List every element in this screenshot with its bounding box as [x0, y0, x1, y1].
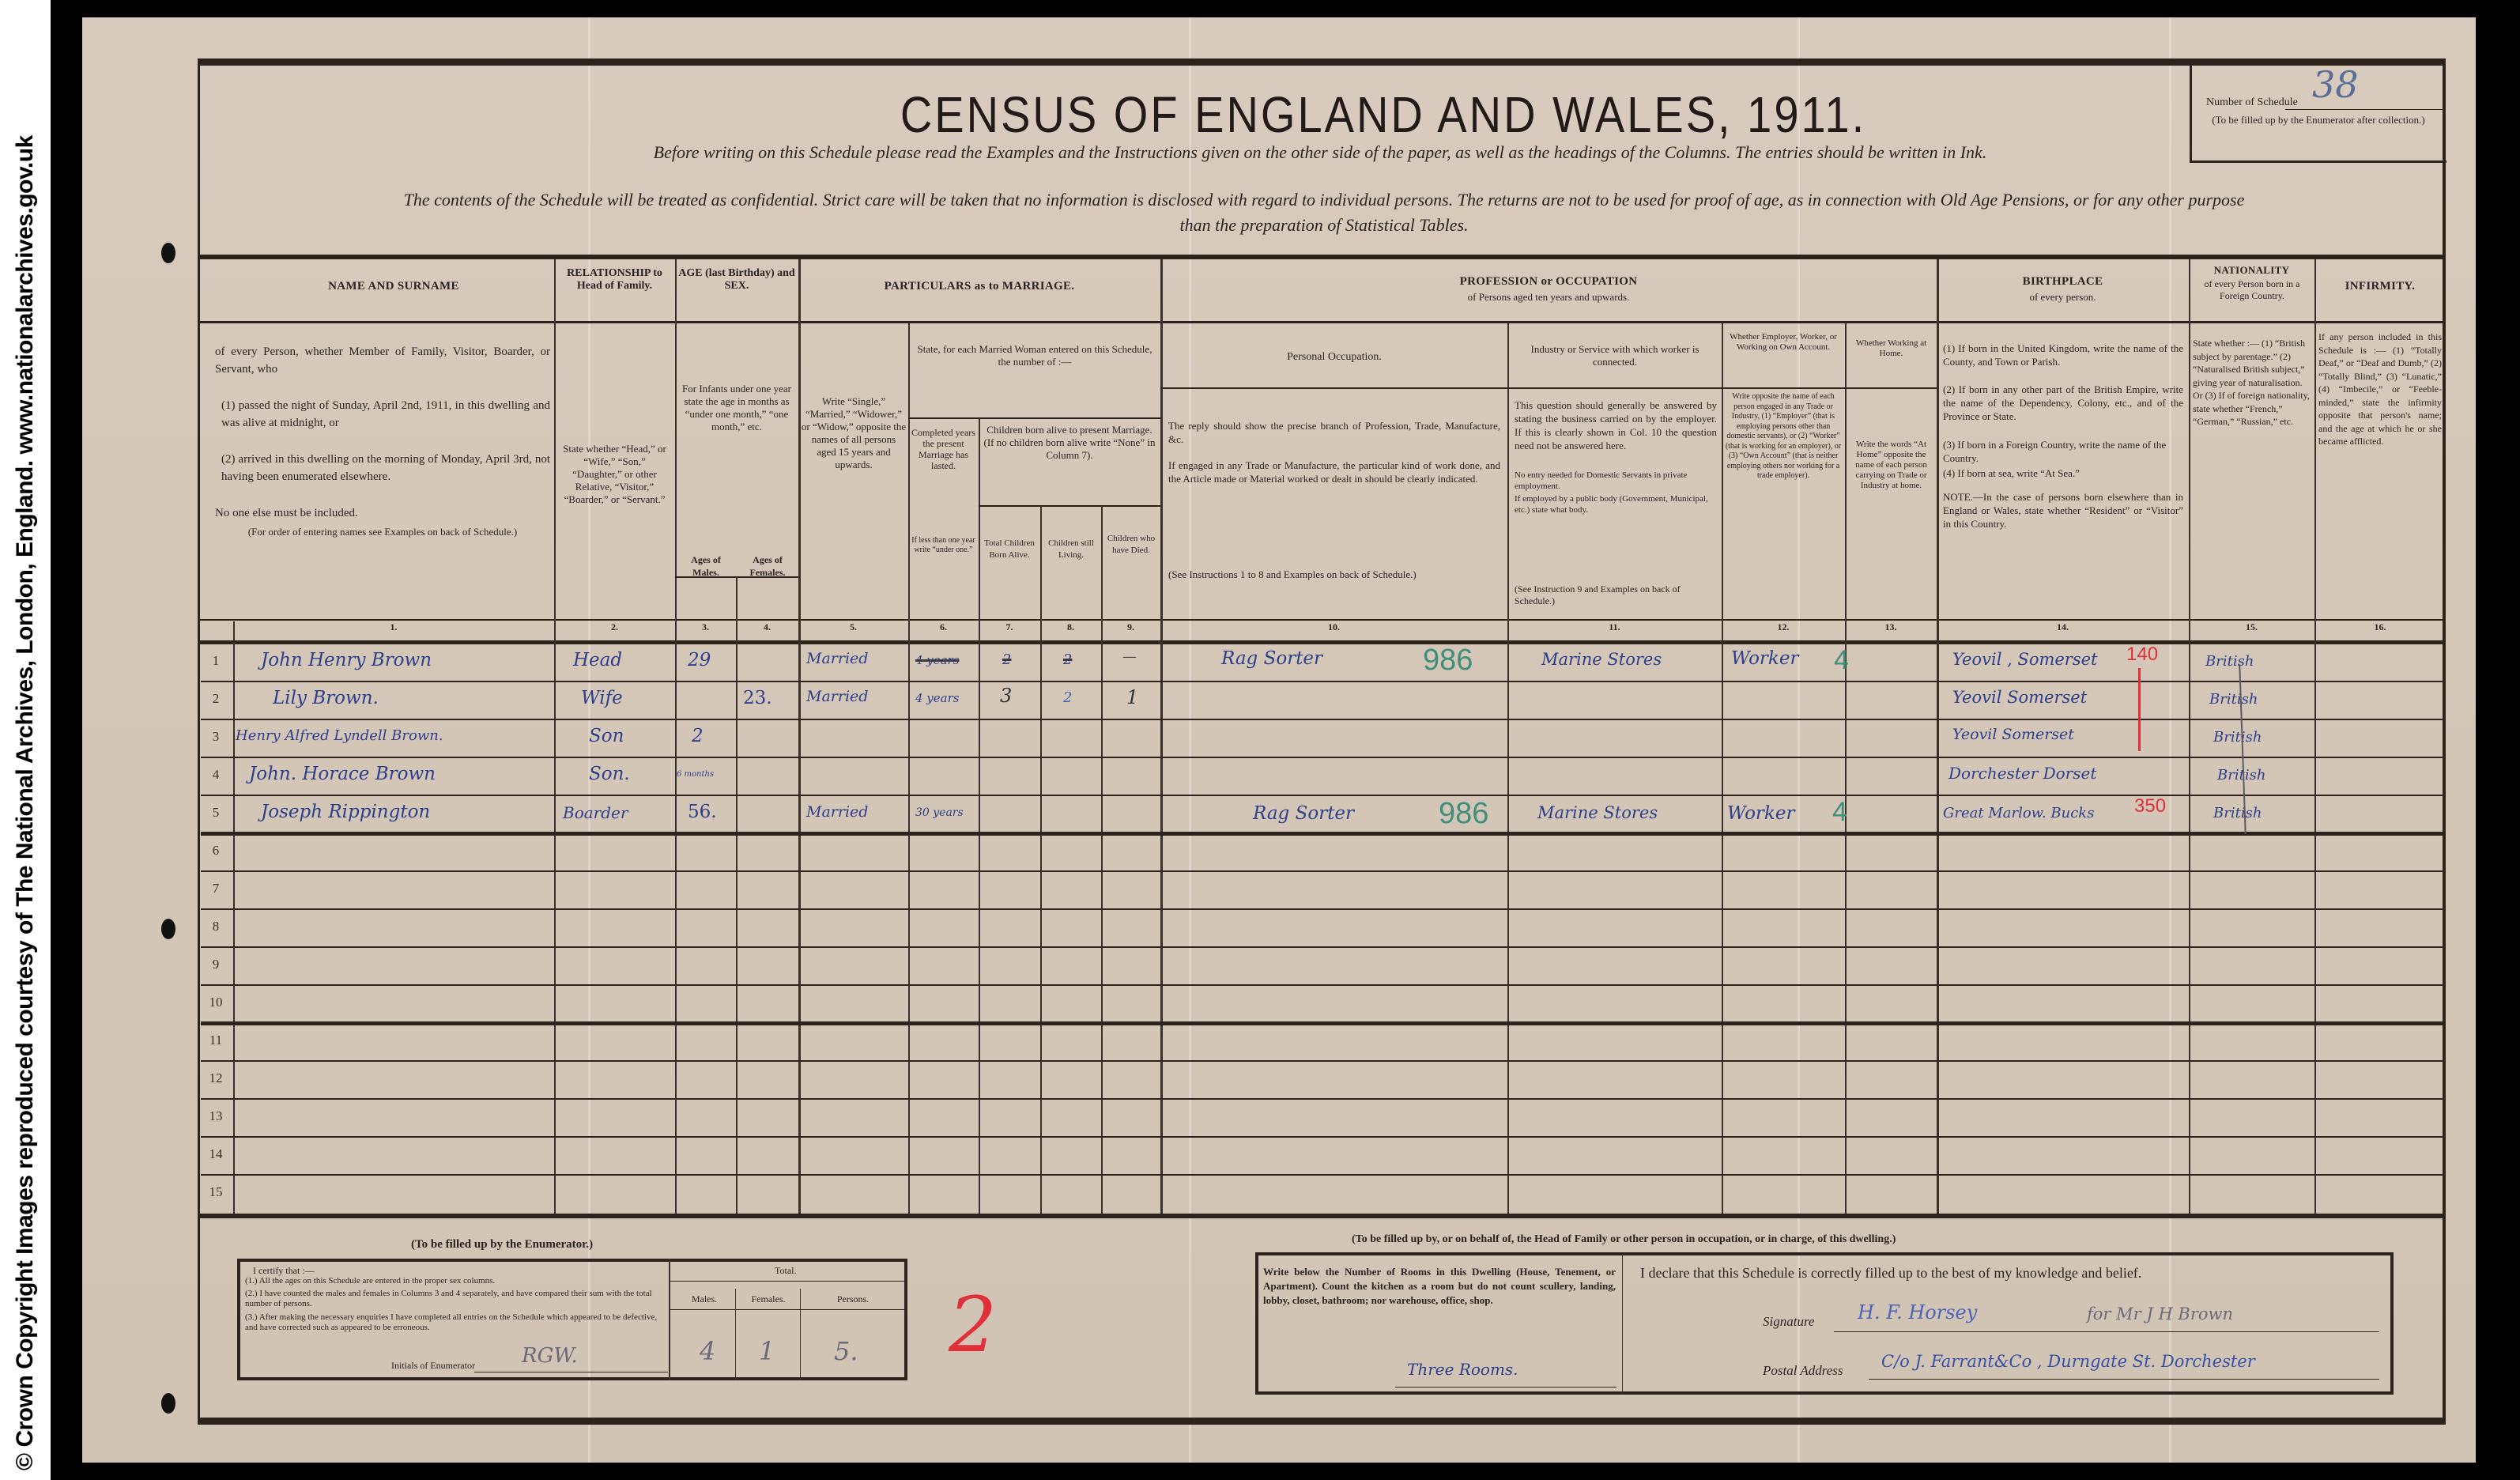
row-number: 3 [201, 729, 231, 745]
punch-hole [161, 243, 175, 263]
row-rule [201, 757, 2446, 758]
punch-hole [161, 919, 175, 939]
col-number-7: 7. [979, 621, 1040, 640]
children-rule [979, 505, 1160, 507]
col-number-1: 1. [233, 621, 554, 640]
total-persons-value[interactable]: 5. [834, 1336, 858, 1366]
children-living-label: Children still Living. [1042, 538, 1100, 561]
col-number-13: 13. [1845, 621, 1937, 640]
cell-birthplace[interactable]: Yeovil Somerset [1952, 726, 2074, 743]
personal-desc-2: If engaged in any Trade or Manufacture, … [1168, 459, 1500, 485]
initials-value[interactable]: RGW. [522, 1344, 578, 1368]
schedule-number-note: (To be filled up by the Enumerator after… [2200, 114, 2437, 126]
personal-desc-3: (See Instructions 1 to 8 and Examples on… [1168, 568, 1500, 581]
instruction-line: Before writing on this Schedule please r… [490, 142, 2150, 163]
home-label: Whether Working at Home. [1847, 338, 1935, 359]
col-number-9: 9. [1101, 621, 1160, 640]
total-females-value[interactable]: 1 [759, 1336, 775, 1366]
married-woman-desc: State, for each Married Woman entered on… [912, 343, 1157, 368]
col-number-11: 11. [1507, 621, 1722, 640]
row-number: 12 [201, 1070, 231, 1086]
total-label: Total. [775, 1265, 797, 1277]
col-number-12: 12. [1722, 621, 1845, 640]
col-border [736, 577, 738, 1216]
col-number-16: 16. [2314, 621, 2446, 640]
industry-desc-1: This question should generally be answer… [1515, 398, 1717, 452]
cell-nationality[interactable]: British [2213, 805, 2262, 821]
children-total-label: Total Children Born Alive. [980, 538, 1039, 561]
birthplace-desc-3: (3) If born in a Foreign Country, write … [1943, 438, 2183, 465]
marriage-years-desc: Completed years the present Marriage has… [910, 427, 977, 471]
col-border [233, 621, 235, 1216]
col-number-4: 4. [736, 621, 798, 640]
total-males-value[interactable]: 4 [700, 1336, 715, 1366]
cell-age-male[interactable]: 2 [692, 726, 704, 746]
cell-birthplace[interactable]: Yeovil , Somerset [1952, 650, 2097, 669]
row-number: 8 [201, 919, 231, 934]
col-number-2: 2. [554, 621, 675, 640]
cell-occupation-code: 986 [1439, 797, 1488, 831]
name-desc-1: (1) passed the night of Sunday, April 2n… [215, 397, 550, 432]
rooms-line [1395, 1387, 1616, 1387]
row-rule [201, 1174, 2446, 1176]
col-number-10: 10. [1160, 621, 1507, 640]
header-infirmity: INFIRMITY. [2314, 280, 2446, 293]
header-birthplace-sub: of every person. [1937, 291, 2189, 304]
cell-age-female[interactable]: 23. [743, 688, 772, 708]
row-rule [201, 1098, 2446, 1100]
signature-line [1834, 1331, 2379, 1332]
cell-years-married[interactable]: 30 years [915, 806, 964, 819]
cell-children-total[interactable]: 3 [1000, 685, 1012, 707]
cell-children-total[interactable]: 2 [1002, 651, 1011, 668]
nationality-desc: State whether :— (1) “British subject by… [2193, 337, 2311, 429]
cell-name[interactable]: Henry Alfred Lyndell Brown. [236, 727, 443, 744]
signature-extra: for Mr J H Brown [2087, 1304, 2233, 1323]
header-name: NAME AND SURNAME [233, 280, 554, 293]
initials-line [474, 1372, 668, 1372]
cell-relationship[interactable]: Son. [589, 764, 630, 784]
cell-age-male[interactable]: 56. [688, 802, 717, 822]
declaration-text: I declare that this Schedule is correctl… [1640, 1265, 2141, 1282]
cell-nationality[interactable]: British [2209, 691, 2258, 708]
enumerator-heading: (To be filled up by the Enumerator.) [411, 1238, 593, 1252]
total-rule [670, 1281, 904, 1282]
cell-industry[interactable]: Marine Stores [1541, 650, 1662, 669]
males-label: Males. [677, 1293, 732, 1305]
col-border [2189, 259, 2190, 1216]
rooms-value[interactable]: Three Rooms. [1407, 1360, 1518, 1379]
personal-occupation-label: Personal Occupation. [1162, 351, 1507, 364]
confidential-line-2: than the preparation of Statistical Tabl… [225, 215, 2423, 236]
address-value[interactable]: C/o J. Farrant&Co , Durngate St. Dorches… [1881, 1352, 2255, 1371]
form-frame [198, 59, 2446, 1425]
personal-desc-1: The reply should show the precise branch… [1168, 419, 1500, 446]
row-rule [201, 795, 2446, 796]
col-border [675, 259, 677, 1216]
col-border [1937, 259, 1939, 1216]
children-died-label: Children who have Died. [1103, 533, 1160, 556]
schedule-number-label: Number of Schedule [2206, 96, 2298, 109]
industry-label: Industry or Service with which worker is… [1510, 343, 1720, 368]
head-section-divider [1622, 1254, 1623, 1393]
row-number: 1 [201, 653, 231, 669]
schedule-number-box: Number of Schedule 38 (To be filled up b… [2190, 59, 2446, 163]
cell-relationship[interactable]: Boarder [563, 803, 628, 822]
cell-age-male[interactable]: 29 [688, 650, 711, 670]
address-label: Postal Address [1763, 1363, 1843, 1379]
cell-years-married[interactable]: 4 years [915, 653, 959, 667]
cell-birthplace[interactable]: Dorchester Dorset [1948, 764, 2096, 783]
rooms-instruction: Write below the Number of Rooms in this … [1263, 1265, 1616, 1308]
header-relationship: RELATIONSHIP to Head of Family. [554, 267, 675, 293]
col-border [554, 259, 556, 1216]
cell-name[interactable]: Lily Brown. [273, 688, 379, 708]
header-nationality: NATIONALITY [2189, 264, 2314, 277]
group-title-rule [198, 321, 2446, 323]
certify-3: (3.) After making the necessary enquirie… [245, 1312, 664, 1333]
cell-children-died[interactable]: — [1122, 648, 1137, 665]
cell-children-died[interactable]: 1 [1126, 686, 1138, 708]
row-number: 14 [201, 1146, 231, 1162]
ages-males-label: Ages of Males. [677, 553, 735, 579]
females-divider [800, 1289, 801, 1380]
cell-employer-status[interactable]: Worker [1731, 648, 1798, 669]
cell-employer-status[interactable]: Worker [1727, 803, 1794, 824]
cell-marital-status[interactable]: Married [806, 650, 868, 667]
cell-name[interactable]: John. Horace Brown [249, 764, 436, 784]
signature-value[interactable]: H. F. Horsey [1858, 1301, 1977, 1323]
persons-label: Persons. [803, 1293, 903, 1305]
cell-employer-code: 4 [1832, 797, 1847, 828]
marriage-status-desc: Write “Single,” “Married,” “Widower,” or… [801, 395, 907, 471]
industry-desc-2: No entry needed for Domestic Servants in… [1515, 470, 1717, 492]
page-title: CENSUS OF ENGLAND AND WALES, 1911. [870, 85, 1897, 144]
row-rule-thick [201, 1021, 2446, 1025]
row-rule [201, 946, 2446, 948]
col-border [1845, 323, 1847, 1216]
birthplace-desc-2: (2) If born in any other part of the Bri… [1943, 383, 2183, 423]
signature-label: Signature [1763, 1314, 1814, 1330]
header-occupation-sub: of Persons aged ten years and upwards. [1160, 291, 1937, 304]
cell-relationship[interactable]: Son [589, 726, 624, 746]
row-number: 4 [201, 767, 231, 783]
cell-birthplace-code: 140 [2126, 644, 2158, 666]
col-number-8: 8. [1040, 621, 1101, 640]
copyright-text: © Crown Copyright Images reproduced cour… [12, 135, 39, 1471]
row-rule [201, 908, 2446, 910]
confidential-line: The contents of the Schedule will be tre… [225, 190, 2423, 210]
punch-hole [161, 1393, 175, 1414]
industry-desc-4: (See Instruction 9 and Examples on back … [1515, 583, 1717, 607]
row-number: 13 [201, 1108, 231, 1124]
totals-label-rule [670, 1309, 904, 1310]
cell-nationality[interactable]: British [2213, 729, 2262, 746]
schedule-number-line [2285, 109, 2443, 110]
row-rule-thick [201, 832, 2446, 836]
col-border [1507, 323, 1509, 1216]
name-desc-4: (For order of entering names see Example… [215, 525, 550, 538]
row-rule [201, 1060, 2446, 1062]
table-top-rule [198, 255, 2446, 259]
col-number-15: 15. [2189, 621, 2314, 640]
cell-nationality[interactable]: British [2217, 767, 2265, 783]
cell-relationship[interactable]: Head [573, 650, 622, 670]
occupation-sub-rule [1160, 387, 1937, 389]
row-number: 10 [201, 995, 231, 1010]
col-border [1160, 259, 1163, 1216]
header-age: AGE (last Birthday) and SEX. [675, 267, 798, 293]
name-desc-3: No one else must be included. [215, 504, 550, 522]
row-number: 9 [201, 957, 231, 972]
col-border [2314, 259, 2316, 1216]
col-border [1040, 506, 1042, 1216]
header-birthplace: BIRTHPLACE [1937, 275, 2189, 288]
certify-2: (2.) I have counted the males and female… [245, 1289, 664, 1309]
enumerator-divider [669, 1259, 670, 1380]
col-number-6: 6. [908, 621, 979, 640]
marriage-years-note: If less than one year write “under one.” [910, 536, 977, 555]
relationship-desc: State whether “Head,” or “Wife,” “Son,” … [558, 443, 671, 506]
red-mark-value: 2 [949, 1281, 997, 1369]
cell-birthplace[interactable]: Great Marlow. Bucks [1943, 805, 2094, 821]
cell-relationship[interactable]: Wife [581, 688, 623, 708]
name-desc-intro: of every Person, whether Member of Famil… [215, 343, 550, 378]
header-bottom-rule [198, 619, 2446, 621]
row-number: 2 [201, 691, 231, 707]
certify-1: (1.) All the ages on this Schedule are e… [245, 1276, 664, 1286]
cell-children-living[interactable]: 2 [1063, 689, 1072, 706]
males-divider [735, 1289, 736, 1380]
cell-age-male[interactable]: 6 months [677, 770, 714, 779]
home-desc: Write the words “At Home” opposite the n… [1847, 440, 1935, 491]
certify-label: I certify that :— [253, 1265, 315, 1277]
col-number-3: 3. [675, 621, 736, 640]
row-number: 6 [201, 843, 231, 859]
cell-occupation[interactable]: Rag Sorter [1253, 803, 1354, 824]
head-section-heading: (To be filled up by, or on behalf of, th… [1352, 1233, 1896, 1246]
cell-industry[interactable]: Marine Stores [1537, 803, 1658, 822]
children-desc: Children born alive to present Marriage.… [982, 424, 1157, 462]
cell-children-living[interactable]: 2 [1063, 651, 1072, 668]
cell-marital-status[interactable]: Married [806, 688, 868, 705]
birthplace-note: NOTE.—In the case of persons born elsewh… [1943, 490, 2183, 530]
name-desc-2: (2) arrived in this dwelling on the morn… [215, 451, 550, 485]
cell-nationality[interactable]: British [2205, 653, 2254, 670]
cell-name[interactable]: Joseph Rippington [261, 802, 430, 822]
infirmity-desc: If any person included in this Schedule … [2318, 330, 2442, 448]
ages-females-label: Ages of Females. [738, 553, 798, 579]
row-rule [201, 1136, 2446, 1138]
cell-birthplace[interactable]: Yeovil Somerset [1952, 688, 2087, 707]
initials-label: Initials of Enumerator [391, 1360, 475, 1372]
red-bracket-mark [2138, 668, 2141, 751]
row-rule [201, 984, 2446, 986]
birthplace-desc-1: (1) If born in the United Kingdom, write… [1943, 342, 2183, 368]
birthplace-desc-4: (4) If born at sea, write “At Sea.” [1943, 466, 2183, 480]
row-rule [201, 870, 2446, 872]
cell-birthplace-code: 350 [2134, 795, 2166, 817]
cell-name[interactable]: John Henry Brown [261, 650, 432, 670]
cell-occupation-code: 986 [1423, 644, 1473, 678]
schedule-number-value[interactable]: 38 [2312, 63, 2359, 106]
row-rule [201, 719, 2446, 720]
row-number: 11 [201, 1033, 231, 1048]
table-bottom-rule [198, 1214, 2446, 1218]
age-desc: For Infants under one year state the age… [678, 383, 795, 433]
col-number-14: 14. [1937, 621, 2189, 640]
row-number: 5 [201, 805, 231, 821]
row-number: 7 [201, 881, 231, 897]
cell-occupation[interactable]: Rag Sorter [1221, 648, 1322, 669]
cell-employer-code: 4 [1834, 645, 1849, 676]
col-border [1101, 506, 1103, 1216]
married-woman-rule [908, 417, 1160, 419]
column-number-rule [198, 640, 2446, 644]
col-number-5: 5. [798, 621, 908, 640]
industry-desc-3: If employed by a public body (Government… [1515, 493, 1717, 515]
females-label: Females. [738, 1293, 798, 1305]
row-number: 15 [201, 1184, 231, 1200]
row-rule [201, 681, 2446, 682]
header-nationality-sub: of every Person born in a Foreign Countr… [2193, 278, 2311, 301]
header-marriage: PARTICULARS as to MARRIAGE. [798, 280, 1160, 293]
cell-marital-status[interactable]: Married [806, 803, 868, 821]
cell-years-married[interactable]: 4 years [915, 691, 959, 705]
employer-desc: Write opposite the name of each person e… [1723, 392, 1843, 481]
employer-label: Whether Employer, Worker, or Working on … [1723, 332, 1843, 353]
header-occupation: PROFESSION or OCCUPATION [1160, 275, 1937, 288]
copyright-strip: © Crown Copyright Images reproduced cour… [0, 0, 51, 1480]
address-line [1869, 1379, 2379, 1380]
